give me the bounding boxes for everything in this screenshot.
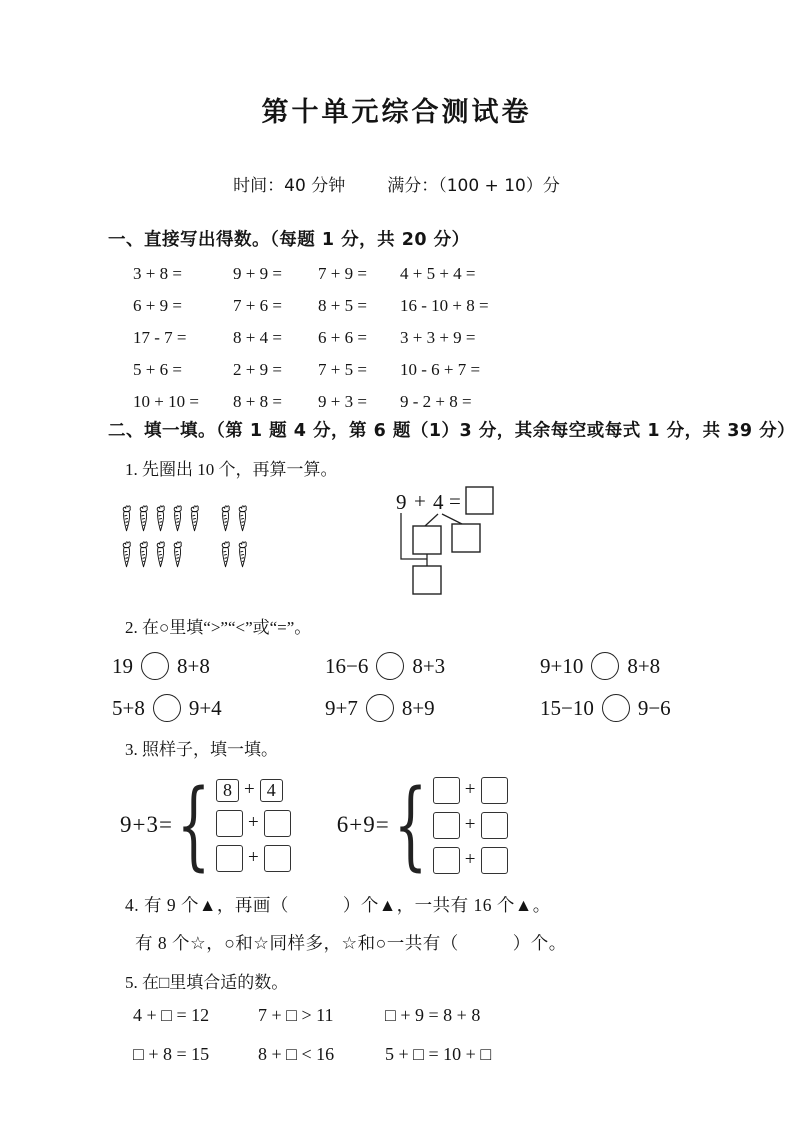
answer-circle[interactable] xyxy=(153,694,181,722)
carrot-group xyxy=(217,500,251,572)
arith-problem[interactable]: 8 + 4 = xyxy=(233,328,318,347)
q2-label: 2. 在○里填“>”“<”或“=”。 xyxy=(125,613,793,638)
exam-time: 时间：40 分钟 xyxy=(233,176,345,196)
answer-circle[interactable] xyxy=(602,694,630,722)
arith-problem[interactable]: 10 - 6 + 7 = xyxy=(400,360,603,379)
q4-line1: 4. 有 9 个▲，再画（ ）个▲，一共有 16 个▲。 xyxy=(125,892,793,917)
carrot-icon xyxy=(217,536,234,572)
fill-number-problem[interactable]: □ + 9 = 8 + 8 xyxy=(385,1005,693,1026)
decomposition-row: 8 + 4 xyxy=(216,779,291,802)
decomposition-row: + xyxy=(216,845,291,872)
plus-sign: + xyxy=(465,814,476,836)
answer-box[interactable] xyxy=(433,812,460,839)
carrot-icon xyxy=(169,536,186,572)
arithmetic-grid: 3 + 8 = 9 + 9 = 7 + 9 = 4 + 5 + 4 = 6 + … xyxy=(133,264,603,411)
carrot-icon xyxy=(135,536,152,572)
branch-line-right xyxy=(442,514,462,524)
comparison-item: 16−6 8+3 xyxy=(325,652,540,680)
section1-heading: 一、直接写出得数。（每题 1 分，共 20 分） xyxy=(108,226,793,251)
q1-label: 1. 先圈出 10 个，再算一算。 xyxy=(125,455,793,480)
arith-problem[interactable]: 8 + 8 = xyxy=(233,392,318,411)
arith-problem[interactable]: 6 + 9 = xyxy=(133,296,233,315)
worksheet-page: 第十单元综合测试卷 时间：40 分钟满分：（100 + 10）分 一、直接写出得… xyxy=(0,0,793,1122)
arith-problem[interactable]: 7 + 6 = xyxy=(233,296,318,315)
fill-number-problem[interactable]: 5 + □ = 10 + □ xyxy=(385,1044,693,1065)
answer-box[interactable] xyxy=(481,847,508,874)
decomposition-row: + xyxy=(433,847,508,874)
decomposition-rows: 8 + 4 + + xyxy=(216,775,291,876)
diagram-number-9: 9 xyxy=(396,490,407,514)
arith-problem[interactable]: 8 + 5 = xyxy=(318,296,400,315)
expression-left: 15−10 xyxy=(540,696,594,721)
expression-left: 16−6 xyxy=(325,654,368,679)
plus-sign: + xyxy=(465,779,476,801)
fill-number-problem[interactable]: 4 + □ = 12 xyxy=(133,1005,258,1026)
arith-problem[interactable]: 7 + 9 = xyxy=(318,264,400,283)
carrot-group xyxy=(118,500,203,572)
carrot-icon xyxy=(234,500,251,536)
page-title: 第十单元综合测试卷 xyxy=(0,90,793,129)
carrot-icon xyxy=(135,500,152,536)
carrot-row xyxy=(217,536,251,572)
expression-left: 5+8 xyxy=(112,696,145,721)
comparison-grid: 19 8+8 16−6 8+3 9+10 8+8 5+8 9+4 xyxy=(112,652,752,722)
plus-sign: + xyxy=(248,812,259,834)
answer-circle[interactable] xyxy=(141,652,169,680)
q1-visual: 9 + 4 = xyxy=(0,492,793,600)
decomposition-diagram-right: 6+9= { + + + xyxy=(337,766,508,884)
section2-heading: 二、填一填。（第 1 题 4 分，第 6 题（1）3 分，其余每空或每式 1 分… xyxy=(108,417,793,442)
decompose-box-2[interactable] xyxy=(452,524,480,552)
expression-right: 8+8 xyxy=(177,654,210,679)
nine-connector-line xyxy=(401,513,427,559)
comparison-item: 9+7 8+9 xyxy=(325,694,540,722)
decompose-box-1[interactable] xyxy=(413,526,441,554)
arith-problem[interactable]: 9 + 3 = xyxy=(318,392,400,411)
arith-problem[interactable]: 4 + 5 + 4 = xyxy=(400,264,603,283)
arith-problem[interactable]: 9 - 2 + 8 = xyxy=(400,392,603,411)
answer-box[interactable] xyxy=(481,777,508,804)
answer-box[interactable] xyxy=(216,845,243,872)
expression-right: 8+8 xyxy=(627,654,660,679)
arith-problem[interactable]: 5 + 6 = xyxy=(133,360,233,379)
q3-label: 3. 照样子，填一填。 xyxy=(125,735,793,760)
expression-left: 9+10 xyxy=(540,654,583,679)
arith-problem[interactable]: 9 + 9 = xyxy=(233,264,318,283)
fill-number-problem[interactable]: 8 + □ < 16 xyxy=(258,1044,385,1065)
decomposition-row: + xyxy=(433,812,508,839)
make-ten-box[interactable] xyxy=(413,566,441,594)
make-ten-diagram: 9 + 4 = xyxy=(388,478,538,598)
carrot-icon xyxy=(118,536,135,572)
q3-diagrams: 9+3= { 8 + 4 + + xyxy=(120,766,793,884)
decomposition-expression: 9+3= xyxy=(120,812,173,838)
example-box: 8 xyxy=(216,779,239,802)
arith-problem[interactable]: 3 + 3 + 9 = xyxy=(400,328,603,347)
sum-answer-box[interactable] xyxy=(466,487,493,514)
answer-box[interactable] xyxy=(433,777,460,804)
plus-sign: + xyxy=(248,847,259,869)
expression-right: 9−6 xyxy=(638,696,671,721)
arith-problem[interactable]: 2 + 9 = xyxy=(233,360,318,379)
example-box: 4 xyxy=(260,779,283,802)
answer-circle[interactable] xyxy=(366,694,394,722)
carrot-icon xyxy=(186,500,203,536)
answer-box[interactable] xyxy=(216,810,243,837)
expression-left: 9+7 xyxy=(325,696,358,721)
comparison-item: 9+10 8+8 xyxy=(540,652,752,680)
answer-circle[interactable] xyxy=(376,652,404,680)
carrot-row xyxy=(217,500,251,536)
plus-sign: + xyxy=(244,779,255,801)
brace-icon: { xyxy=(177,777,211,873)
carrot-row xyxy=(118,500,203,536)
answer-box[interactable] xyxy=(264,845,291,872)
decomposition-expression: 6+9= xyxy=(337,812,390,838)
exam-meta: 时间：40 分钟满分：（100 + 10）分 xyxy=(0,171,793,196)
answer-circle[interactable] xyxy=(591,652,619,680)
arith-problem[interactable]: 16 - 10 + 8 = xyxy=(400,296,603,315)
carrot-row xyxy=(118,536,203,572)
q5-label: 5. 在□里填合适的数。 xyxy=(125,968,793,993)
decomposition-rows: + + + xyxy=(433,773,508,878)
arith-problem[interactable]: 3 + 8 = xyxy=(133,264,233,283)
fill-number-problem[interactable]: 7 + □ > 11 xyxy=(258,1005,385,1026)
comparison-item: 5+8 9+4 xyxy=(112,694,325,722)
expression-right: 8+3 xyxy=(412,654,445,679)
arith-problem[interactable]: 6 + 6 = xyxy=(318,328,400,347)
answer-box[interactable] xyxy=(433,847,460,874)
expression-right: 9+4 xyxy=(189,696,222,721)
carrot-icon xyxy=(152,500,169,536)
exam-score: 满分：（100 + 10）分 xyxy=(387,176,560,196)
diagram-equals-sign: = xyxy=(449,489,461,513)
arith-problem[interactable]: 7 + 5 = xyxy=(318,360,400,379)
decomposition-diagram-left: 9+3= { 8 + 4 + + xyxy=(120,766,291,884)
q5-grid: 4 + □ = 12 7 + □ > 11 □ + 9 = 8 + 8 □ + … xyxy=(133,1005,693,1065)
expression-left: 19 xyxy=(112,654,133,679)
comparison-item: 19 8+8 xyxy=(112,652,325,680)
q4-line2: 有 8 个☆，○和☆同样多，☆和○一共有（ ）个。 xyxy=(135,930,793,955)
diagram-plus-sign: + xyxy=(414,489,426,513)
decomposition-row: + xyxy=(433,777,508,804)
plus-sign: + xyxy=(465,849,476,871)
carrot-icon xyxy=(152,536,169,572)
carrot-icon xyxy=(234,536,251,572)
carrot-icon xyxy=(169,500,186,536)
arith-problem[interactable]: 17 - 7 = xyxy=(133,328,233,347)
carrot-icon xyxy=(217,500,234,536)
comparison-item: 15−10 9−6 xyxy=(540,694,752,722)
answer-box[interactable] xyxy=(481,812,508,839)
carrot-icon xyxy=(118,500,135,536)
expression-right: 8+9 xyxy=(402,696,435,721)
carrot-field[interactable] xyxy=(118,500,251,572)
fill-number-problem[interactable]: □ + 8 = 15 xyxy=(133,1044,258,1065)
arith-problem[interactable]: 10 + 10 = xyxy=(133,392,233,411)
branch-line-left xyxy=(425,514,438,526)
brace-icon: { xyxy=(393,777,427,873)
decomposition-row: + xyxy=(216,810,291,837)
answer-box[interactable] xyxy=(264,810,291,837)
diagram-number-4: 4 xyxy=(433,490,444,514)
